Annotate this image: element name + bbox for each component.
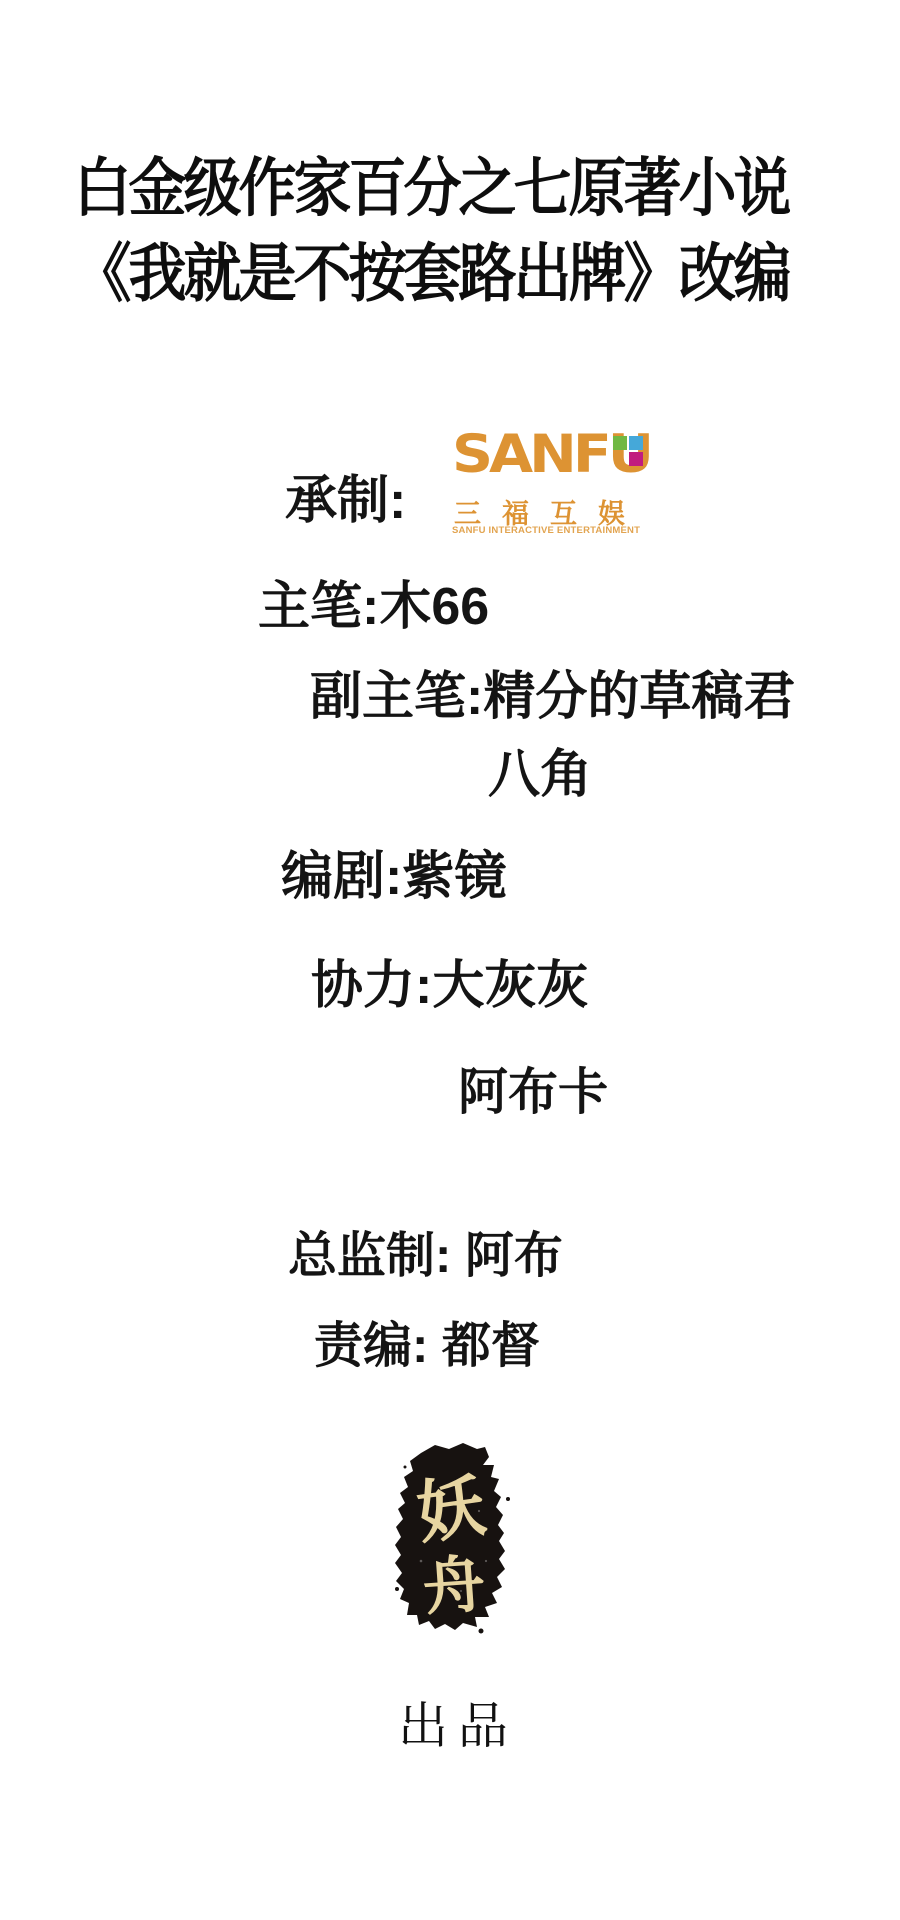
credit-line-support: 协力:大灰灰 (311, 957, 588, 1015)
sanfu-pixel-square-green-icon (613, 436, 627, 450)
sanfu-pixel-square-blue-icon (629, 436, 643, 450)
credit-line-chief-producer: 总监制: 阿布 (288, 1229, 563, 1284)
sanfu-wordmark: SANFU (452, 424, 650, 485)
credit-line-assistant-artist: 副主笔:精分的草稿君 (310, 668, 795, 726)
publisher-label: 出品 (383, 1686, 523, 1758)
sanfu-english-name: SANFU INTERACTIVE ENTERTAINMENT (452, 525, 640, 536)
page-title-line-1: 白金级作家百分之七原著小说 (0, 146, 862, 232)
credit-line-screenwriter: 编剧:紫镜 (281, 848, 506, 906)
yaozhou-mark-char-1: 妖 (412, 1468, 490, 1553)
producer-label: 承制: (285, 458, 406, 533)
page-title: 白金级作家百分之七原著小说 《我就是不按套路出牌》改编 (0, 146, 862, 318)
sanfu-logo: SANFU 三福互娱 SANFU INTERACTIVE ENTERTAINME… (452, 432, 662, 544)
credit-line-editor: 责编: 都督 (314, 1319, 540, 1374)
sanfu-pixel-square-magenta-icon (629, 452, 643, 466)
credit-line-support-2: 阿布卡 (458, 1064, 608, 1120)
yaozhou-ink-blob-logo: 妖 舟 (391, 1441, 515, 1635)
credit-line-assistant-artist-2: 八角 (488, 746, 592, 804)
page-title-line-2: 《我就是不按套路出牌》改编 (0, 232, 862, 318)
credit-line-lead-artist: 主笔:木66 (258, 578, 489, 636)
yaozhou-mark-char-2: 舟 (421, 1550, 488, 1623)
credits-page: 白金级作家百分之七原著小说 《我就是不按套路出牌》改编 承制: SANFU 三福… (0, 0, 900, 1920)
